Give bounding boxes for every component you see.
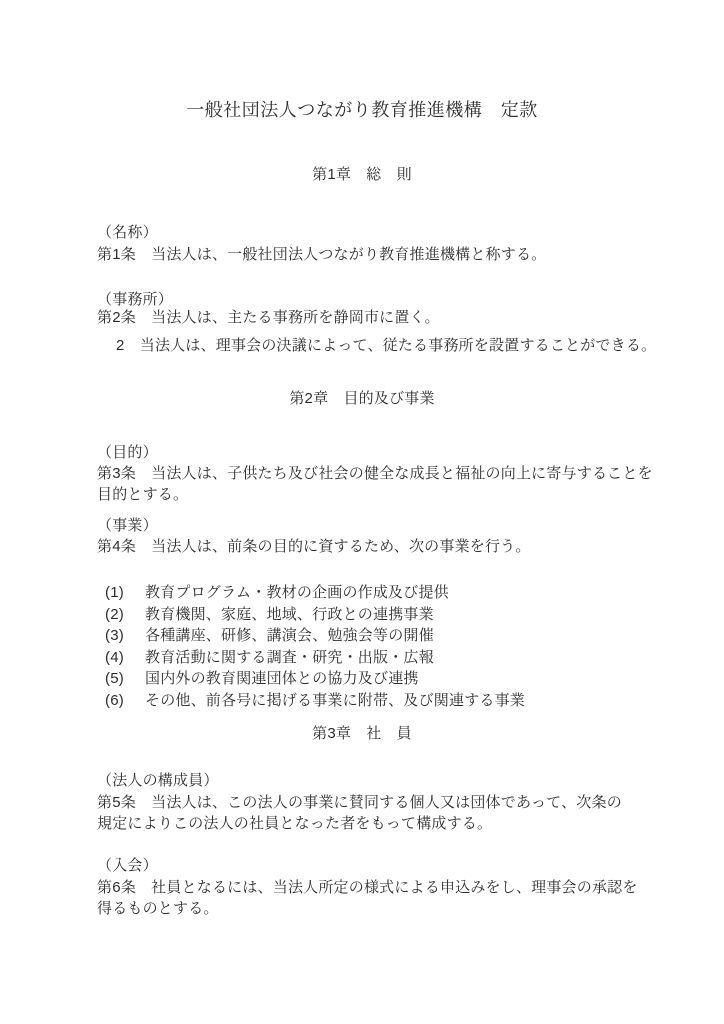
article-1-text: 第1条 当法人は、一般社団法人つながり教育推進機構と称する。 xyxy=(97,245,546,265)
document-title: 一般社団法人つながり教育推進機構 定款 xyxy=(0,100,724,120)
list-item-number: (1) xyxy=(105,582,145,604)
list-item-number: (4) xyxy=(105,647,145,669)
article-3-text-line-1: 第3条 当法人は、子供たち及び社会の健全な成長と福祉の向上に寄与することを xyxy=(97,464,653,484)
list-item-text: その他、前各号に掲げる事業に附帯、及び関連する事業 xyxy=(145,690,525,712)
article-2-sub-paragraph: 2 当法人は、理事会の決議によって、従たる事務所を設置することができる。 xyxy=(116,336,656,356)
article-1-label: （名称） xyxy=(97,223,158,243)
article-2-label: （事務所） xyxy=(97,290,173,310)
document-page: 一般社団法人つながり教育推進機構 定款 第1章 総 則 （名称） 第1条 当法人… xyxy=(0,0,724,1024)
article-5-text-line-2: 規定によりこの法人の社員となった者をもって構成する。 xyxy=(97,814,492,834)
article-5-text-line-1: 第5条 当法人は、この法人の事業に賛同する個人又は団体であって、次条の xyxy=(97,793,622,813)
chapter-2-heading: 第2章 目的及び事業 xyxy=(0,389,724,409)
article-2-text: 第2条 当法人は、主たる事務所を静岡市に置く。 xyxy=(97,308,440,328)
article-3-text-line-2: 目的とする。 xyxy=(97,485,188,505)
list-item-number: (5) xyxy=(105,668,145,690)
list-item-text: 教育機関、家庭、地域、行政との連携事業 xyxy=(145,604,434,626)
list-item-text: 各種講座、研修、講演会、勉強会等の開催 xyxy=(145,625,434,647)
article-3-label: （目的） xyxy=(97,443,158,463)
list-item: (1) 教育プログラム・教材の企画の作成及び提供 xyxy=(105,582,525,604)
list-item-number: (6) xyxy=(105,690,145,712)
article-6-text-line-1: 第6条 社員となるには、当法人所定の様式による申込みをし、理事会の承認を xyxy=(97,878,638,898)
article-5-label: （法人の構成員） xyxy=(97,771,219,791)
article-6-label: （入会） xyxy=(97,856,158,876)
list-item: (3) 各種講座、研修、講演会、勉強会等の開催 xyxy=(105,625,525,647)
list-item: (6) その他、前各号に掲げる事業に附帯、及び関連する事業 xyxy=(105,690,525,712)
list-item-text: 教育プログラム・教材の企画の作成及び提供 xyxy=(145,582,449,604)
chapter-1-heading: 第1章 総 則 xyxy=(0,165,724,185)
list-item-number: (2) xyxy=(105,604,145,626)
article-4-text: 第4条 当法人は、前条の目的に資するため、次の事業を行う。 xyxy=(97,537,531,557)
list-item-text: 国内外の教育関連団体との協力及び連携 xyxy=(145,668,419,690)
list-item: (2) 教育機関、家庭、地域、行政との連携事業 xyxy=(105,604,525,626)
list-item-number: (3) xyxy=(105,625,145,647)
list-item: (4) 教育活動に関する調査・研究・出版・広報 xyxy=(105,647,525,669)
chapter-3-heading: 第3章 社 員 xyxy=(0,724,724,744)
list-item-text: 教育活動に関する調査・研究・出版・広報 xyxy=(145,647,434,669)
business-items-list: (1) 教育プログラム・教材の企画の作成及び提供 (2) 教育機関、家庭、地域、… xyxy=(105,582,525,711)
article-4-label: （事業） xyxy=(97,516,158,536)
article-6-text-line-2: 得るものとする。 xyxy=(97,899,219,919)
list-item: (5) 国内外の教育関連団体との協力及び連携 xyxy=(105,668,525,690)
